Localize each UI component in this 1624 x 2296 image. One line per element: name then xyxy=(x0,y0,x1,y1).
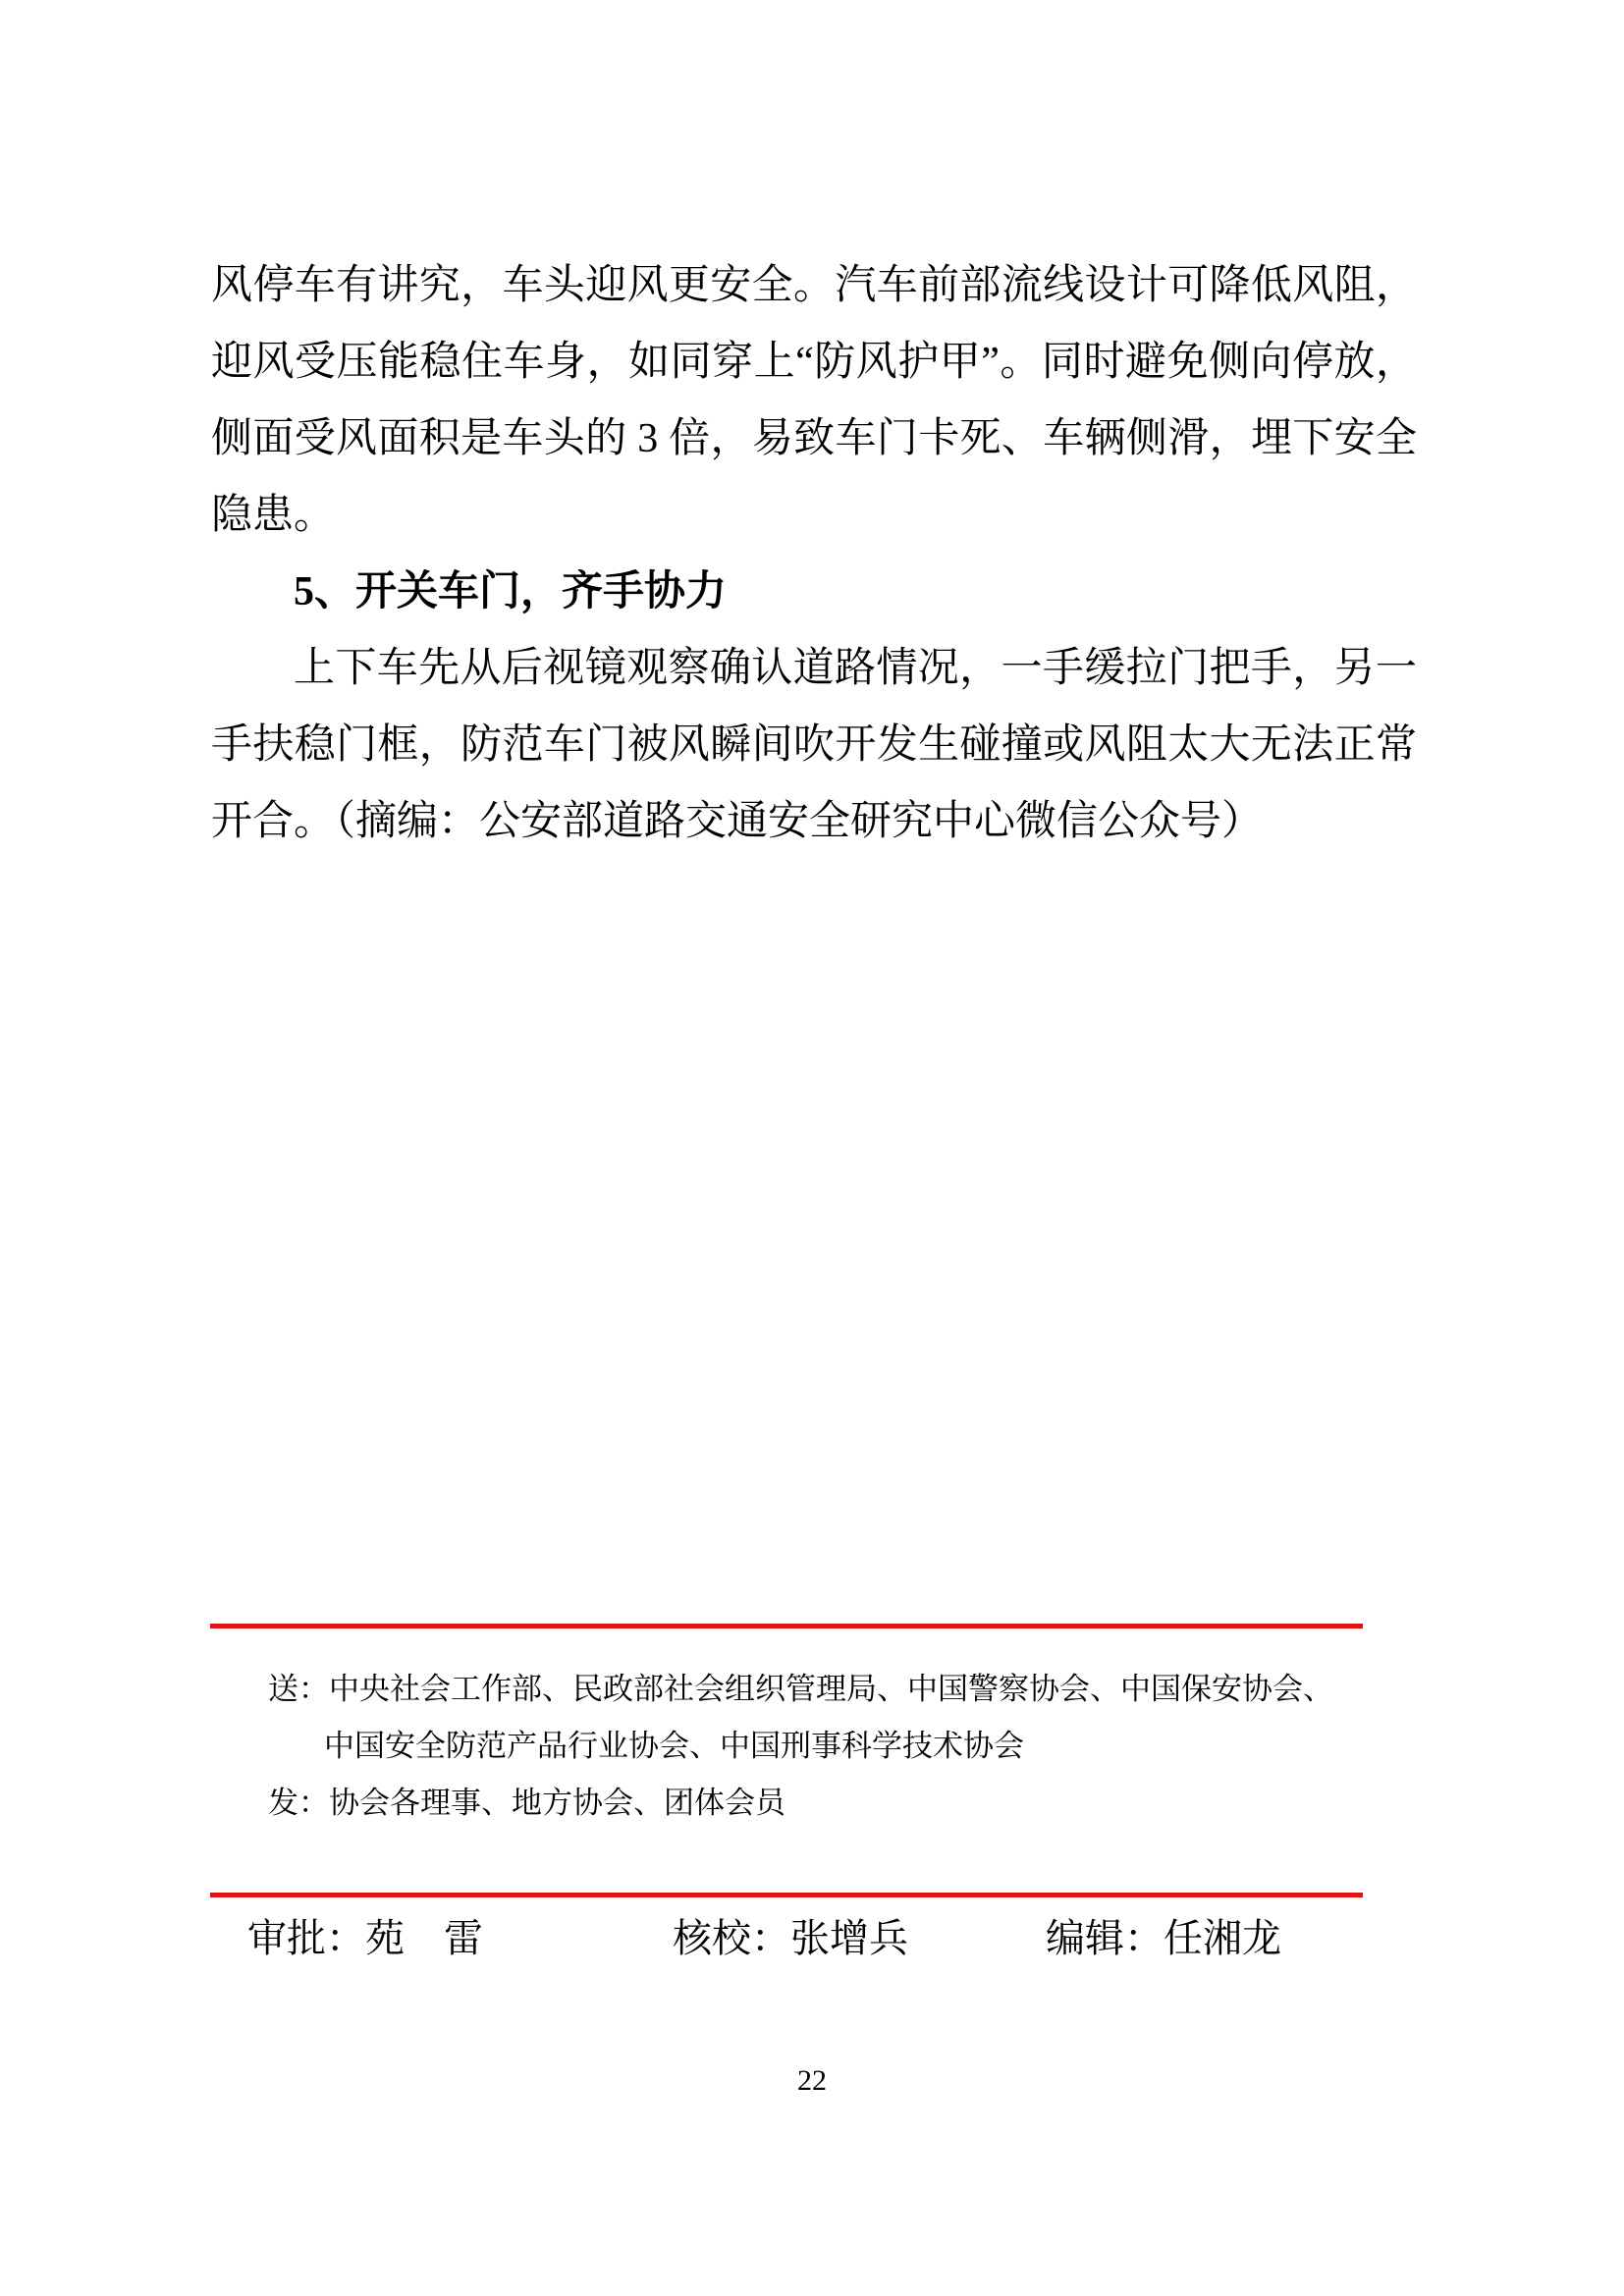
approver-credit: 审批：苑 雷 xyxy=(247,1912,483,1965)
issue-list-line: 发：协会各理事、地方协会、团体会员 xyxy=(268,1775,1368,1832)
article-body: 风停车有讲究，车头迎风更安全。汽车前部流线设计可降低风阻，迎风受压能稳住车身，如… xyxy=(211,247,1417,860)
paragraph-continuation: 风停车有讲究，车头迎风更安全。汽车前部流线设计可降低风阻，迎风受压能稳住车身，如… xyxy=(211,247,1417,554)
reviewer-credit: 核校：张增兵 xyxy=(673,1912,908,1965)
red-divider-top xyxy=(210,1624,1363,1629)
editor-credit: 编辑：任湘龙 xyxy=(1046,1912,1281,1965)
send-list-line-2: 中国安全防范产品行业协会、中国刑事科学技术协会 xyxy=(268,1718,1368,1775)
section-heading: 5、开关车门，齐手协力 xyxy=(211,554,1417,630)
credits-row: 审批：苑 雷 核校：张增兵 编辑：任湘龙 xyxy=(0,1912,1624,1965)
document-page: 风停车有讲究，车头迎风更安全。汽车前部流线设计可降低风阻，迎风受压能稳住车身，如… xyxy=(0,0,1624,2296)
red-divider-bottom xyxy=(210,1893,1363,1897)
page-number: 22 xyxy=(0,2063,1624,2099)
distribution-list: 送：中央社会工作部、民政部社会组织管理局、中国警察协会、中国保安协会、 中国安全… xyxy=(268,1661,1368,1832)
send-list-line-1: 送：中央社会工作部、民政部社会组织管理局、中国警察协会、中国保安协会、 xyxy=(268,1661,1368,1718)
paragraph-body: 上下车先从后视镜观察确认道路情况，一手缓拉门把手，另一手扶稳门框，防范车门被风瞬… xyxy=(211,630,1417,860)
